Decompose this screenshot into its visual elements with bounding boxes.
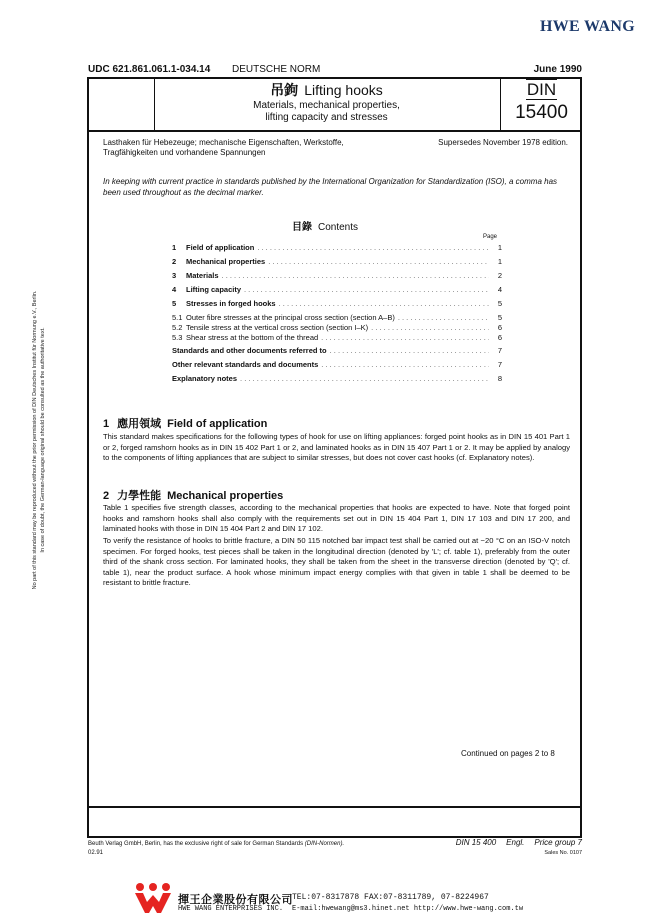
toc-leader-dots [222, 271, 489, 280]
footer-din-ref: DIN 15 400 [456, 838, 496, 847]
toc-entry[interactable]: 5Stresses in forged hooks5 [172, 299, 502, 313]
copyright-side-note: No part of this standard may be reproduc… [32, 240, 47, 640]
company-email-web: E-mail:hwewang@ms3.hinet.net http://www.… [292, 905, 523, 913]
toc-entry-page: 8 [492, 374, 502, 383]
edition-code: 02.91 [88, 849, 344, 858]
german-title-line-2: Tragfähigkeiten und vorhandene Spannunge… [103, 148, 383, 158]
side-note-line-2: In case of doubt, the German-language or… [40, 240, 48, 640]
company-logo-icon [133, 882, 173, 914]
toc-entry-title: Outer fibre stresses at the principal cr… [186, 313, 395, 322]
norm-label: DEUTSCHE NORM [232, 64, 320, 75]
bottom-box [87, 808, 582, 838]
toc-entry-number: 5.2 [172, 323, 186, 332]
publisher-note: Beuth Verlag GmbH, Berlin, has the exclu… [88, 840, 344, 858]
section-2-paragraph-1: Table 1 specifies five strength classes,… [103, 503, 570, 535]
section-2-title: Mechanical properties [167, 490, 283, 502]
sales-number: Sales No. 0107 [544, 850, 582, 856]
subtitle-line-2: lifting capacity and stresses [155, 112, 498, 124]
section-2-title-cjk: 力學性能 [117, 490, 161, 502]
toc-entry[interactable]: 2Mechanical properties1 [172, 257, 502, 271]
toc-entry-page: 6 [492, 323, 502, 332]
continued-note: Continued on pages 2 to 8 [461, 749, 555, 758]
toc-entry-title: Explanatory notes [172, 374, 237, 383]
toc-entry[interactable]: 5.1Outer fibre stresses at the principal… [172, 313, 502, 323]
toc-entry[interactable]: 5.3Shear stress at the bottom of the thr… [172, 333, 502, 343]
title-block-blank-cell [87, 77, 155, 130]
toc-entry-title: Tensile stress at the vertical cross sec… [186, 323, 368, 332]
toc-entry-page: 4 [492, 285, 502, 294]
footer-reference: DIN 15 400Engl.Price group 7 [446, 838, 582, 847]
toc-leader-dots [321, 333, 489, 342]
title-block-title: 吊鉤Lifting hooks Materials, mechanical pr… [155, 80, 498, 124]
contents-heading-en: Contents [318, 222, 358, 233]
toc-entry[interactable]: 3Materials2 [172, 271, 502, 285]
toc-entry-title: Field of application [186, 243, 254, 252]
din-number-cell: DIN 15400 [500, 77, 582, 130]
section-2-number: 2 [103, 490, 109, 502]
toc-entry-page: 1 [492, 243, 502, 252]
toc-entry[interactable]: 1Field of application1 [172, 243, 502, 257]
toc-entry[interactable]: Standards and other documents referred t… [172, 346, 502, 360]
udc-code: UDC 621.861.061.1-034.14 [88, 64, 210, 75]
section-1-heading: 1應用領域Field of application [103, 415, 267, 431]
toc-entry-title: Lifting capacity [186, 285, 241, 294]
toc-leader-dots [321, 360, 489, 369]
company-name-en: HWE WANG ENTERPRISES INC. [178, 905, 283, 913]
toc-entry-number: 4 [172, 285, 186, 294]
toc-entry[interactable]: 4Lifting capacity4 [172, 285, 502, 299]
toc-entry-page: 2 [492, 271, 502, 280]
iso-decimal-note: In keeping with current practice in stan… [103, 176, 573, 198]
section-2-heading: 2力學性能Mechanical properties [103, 487, 283, 503]
toc-entry-number: 5.1 [172, 313, 186, 322]
din-label: DIN [526, 79, 557, 100]
toc-entry[interactable]: Explanatory notes8 [172, 374, 502, 388]
section-1-title-cjk: 應用領域 [117, 418, 161, 430]
subtitle-line-1: Materials, mechanical properties, [155, 100, 498, 112]
supersedes-note: Supersedes November 1978 edition. [438, 138, 568, 147]
toc-leader-dots [240, 374, 489, 383]
toc-entry-title: Mechanical properties [186, 257, 265, 266]
footer-price-group: Price group 7 [534, 838, 582, 847]
toc-entry-title: Materials [186, 271, 219, 280]
section-1-text: This standard makes specifications for t… [103, 432, 570, 464]
toc-entry-number: 2 [172, 257, 186, 266]
toc-leader-dots [257, 243, 489, 252]
brand-name: HWE WANG [540, 18, 635, 36]
toc-leader-dots [279, 299, 489, 308]
toc-leader-dots [268, 257, 489, 266]
german-title: Lasthaken für Hebezeuge; mechanische Eig… [103, 138, 383, 158]
toc-leader-dots [371, 323, 489, 332]
toc-entry-page: 7 [492, 346, 502, 355]
side-note-line-1: No part of this standard may be reproduc… [32, 240, 40, 640]
document-title: 吊鉤Lifting hooks [155, 80, 498, 100]
company-phone-fax: TEL:07-8317878 FAX:07-8311789, 07-822496… [292, 893, 489, 902]
publisher-text-italic: (DIN-Normen). [305, 841, 344, 847]
toc-entry-title: Standards and other documents referred t… [172, 346, 327, 355]
section-1-number: 1 [103, 418, 109, 430]
toc-leader-dots [398, 313, 489, 322]
toc-leader-dots [244, 285, 489, 294]
title-block: 吊鉤Lifting hooks Materials, mechanical pr… [87, 77, 582, 132]
toc-entry-number: 1 [172, 243, 186, 252]
toc-entry-number: 5 [172, 299, 186, 308]
title-cjk: 吊鉤 [270, 82, 298, 98]
section-1-title: Field of application [167, 418, 267, 430]
toc-entry-page: 7 [492, 360, 502, 369]
publisher-text: Beuth Verlag GmbH, Berlin, has the exclu… [88, 841, 303, 847]
toc-entry[interactable]: Other relevant standards and documents7 [172, 360, 502, 374]
toc-entry-number: 5.3 [172, 333, 186, 342]
toc-entry-number: 3 [172, 271, 186, 280]
toc-entry[interactable]: 5.2Tensile stress at the vertical cross … [172, 323, 502, 333]
toc-entry-title: Stresses in forged hooks [186, 299, 276, 308]
footer-language: Engl. [506, 838, 524, 847]
contents-heading-cjk: 目錄 [292, 222, 312, 233]
toc-entry-page: 1 [492, 257, 502, 266]
toc-entry-title: Other relevant standards and documents [172, 360, 318, 369]
toc-entry-title: Shear stress at the bottom of the thread [186, 333, 318, 342]
german-title-line-1: Lasthaken für Hebezeuge; mechanische Eig… [103, 138, 383, 148]
table-of-contents: 1Field of application12Mechanical proper… [172, 243, 502, 388]
toc-entry-page: 5 [492, 313, 502, 322]
din-number: 15400 [501, 102, 582, 124]
title-en: Lifting hooks [304, 82, 383, 98]
contents-heading: 目錄Contents [0, 218, 650, 233]
toc-page-label: Page [483, 234, 497, 240]
issue-date: June 1990 [534, 64, 582, 75]
toc-entry-page: 6 [492, 333, 502, 342]
toc-leader-dots [330, 346, 489, 355]
section-2-paragraph-2: To verify the resistance of hooks to bri… [103, 536, 570, 589]
toc-entry-page: 5 [492, 299, 502, 308]
